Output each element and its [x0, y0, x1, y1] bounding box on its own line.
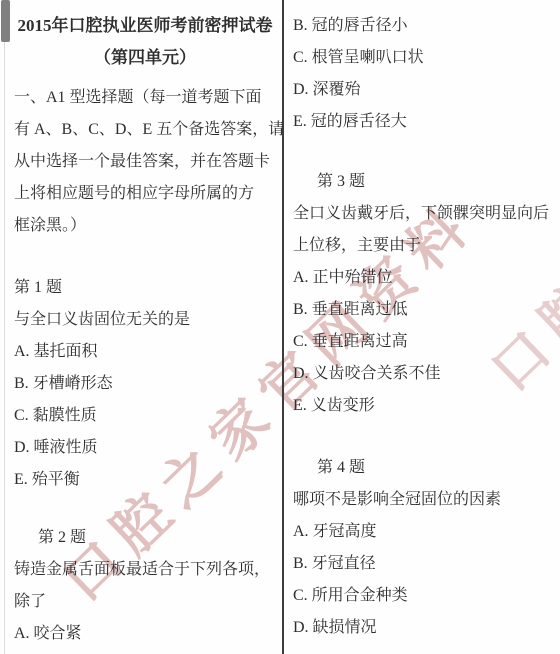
question-2-stem-line1: 铸造金属舌面板最适合于下列各项，	[14, 554, 276, 586]
question-2-label: 第 2 题	[14, 522, 276, 554]
instruction-line: 框涂黑。）	[14, 210, 276, 242]
exam-paper-page: 口腔之家官网资料 口腔之家官网资料 2015年口腔执业医师考前密押试卷 （第四单…	[0, 0, 560, 654]
question-2-option-b: B. 冠的唇舌径小	[293, 10, 555, 42]
question-3-label: 第 3 题	[293, 166, 555, 198]
question-2-option-d: D. 深覆殆	[293, 74, 555, 106]
section-instructions: 一、A1 型选择题（每一道考题下面 有 A、B、C、D、E 五个备选答案，请 从…	[14, 82, 276, 242]
column-divider	[282, 0, 284, 654]
question-2-option-c: C. 根管呈喇叭口状	[293, 42, 555, 74]
question-2-option-a: A. 咬合紧	[14, 618, 276, 650]
question-3-option-c: C. 垂直距离过高	[293, 326, 555, 358]
question-3-stem-line1: 全口义齿戴牙后，下颌髁突明显向后	[293, 198, 555, 230]
instruction-line: 上将相应题号的相应字母所属的方	[14, 178, 276, 210]
paper-title-line1: 2015年口腔执业医师考前密押试卷	[14, 10, 276, 42]
question-4-label: 第 4 题	[293, 452, 555, 484]
question-3-option-b: B. 垂直距离过低	[293, 294, 555, 326]
paper-title-line2: （第四单元）	[14, 42, 276, 74]
instruction-line: 一、A1 型选择题（每一道考题下面	[14, 82, 276, 114]
question-3-option-e: E. 义齿变形	[293, 390, 555, 422]
question-2-stem-line2: 除了	[14, 586, 276, 618]
question-1-stem: 与全口义齿固位无关的是	[14, 304, 276, 336]
question-3-stem-line2: 上位移，主要由于	[293, 230, 555, 262]
question-2-option-e: E. 冠的唇舌径大	[293, 106, 555, 138]
scan-edge-artifact	[1, 0, 10, 42]
right-column: B. 冠的唇舌径小 C. 根管呈喇叭口状 D. 深覆殆 E. 冠的唇舌径大 第 …	[293, 10, 555, 644]
question-1-option-d: D. 唾液性质	[14, 432, 276, 464]
question-4-option-a: A. 牙冠高度	[293, 516, 555, 548]
instruction-line: 有 A、B、C、D、E 五个备选答案，请	[14, 114, 276, 146]
left-column: 2015年口腔执业医师考前密押试卷 （第四单元） 一、A1 型选择题（每一道考题…	[14, 10, 276, 650]
question-4-option-b: B. 牙冠直径	[293, 548, 555, 580]
question-1-option-e: E. 殆平衡	[14, 464, 276, 496]
question-3-option-d: D. 义齿咬合关系不佳	[293, 358, 555, 390]
question-1-option-b: B. 牙槽嵴形态	[14, 368, 276, 400]
question-1-option-c: C. 黏膜性质	[14, 400, 276, 432]
question-3-option-a: A. 正中殆错位	[293, 262, 555, 294]
instruction-line: 从中选择一个最佳答案，并在答题卡	[14, 146, 276, 178]
scan-edge-line	[4, 30, 5, 654]
question-4-option-d: D. 缺损情况	[293, 612, 555, 644]
question-1-label: 第 1 题	[14, 272, 276, 304]
question-4-stem: 哪项不是影响全冠固位的因素	[293, 484, 555, 516]
question-1-option-a: A. 基托面积	[14, 336, 276, 368]
question-4-option-c: C. 所用合金种类	[293, 580, 555, 612]
